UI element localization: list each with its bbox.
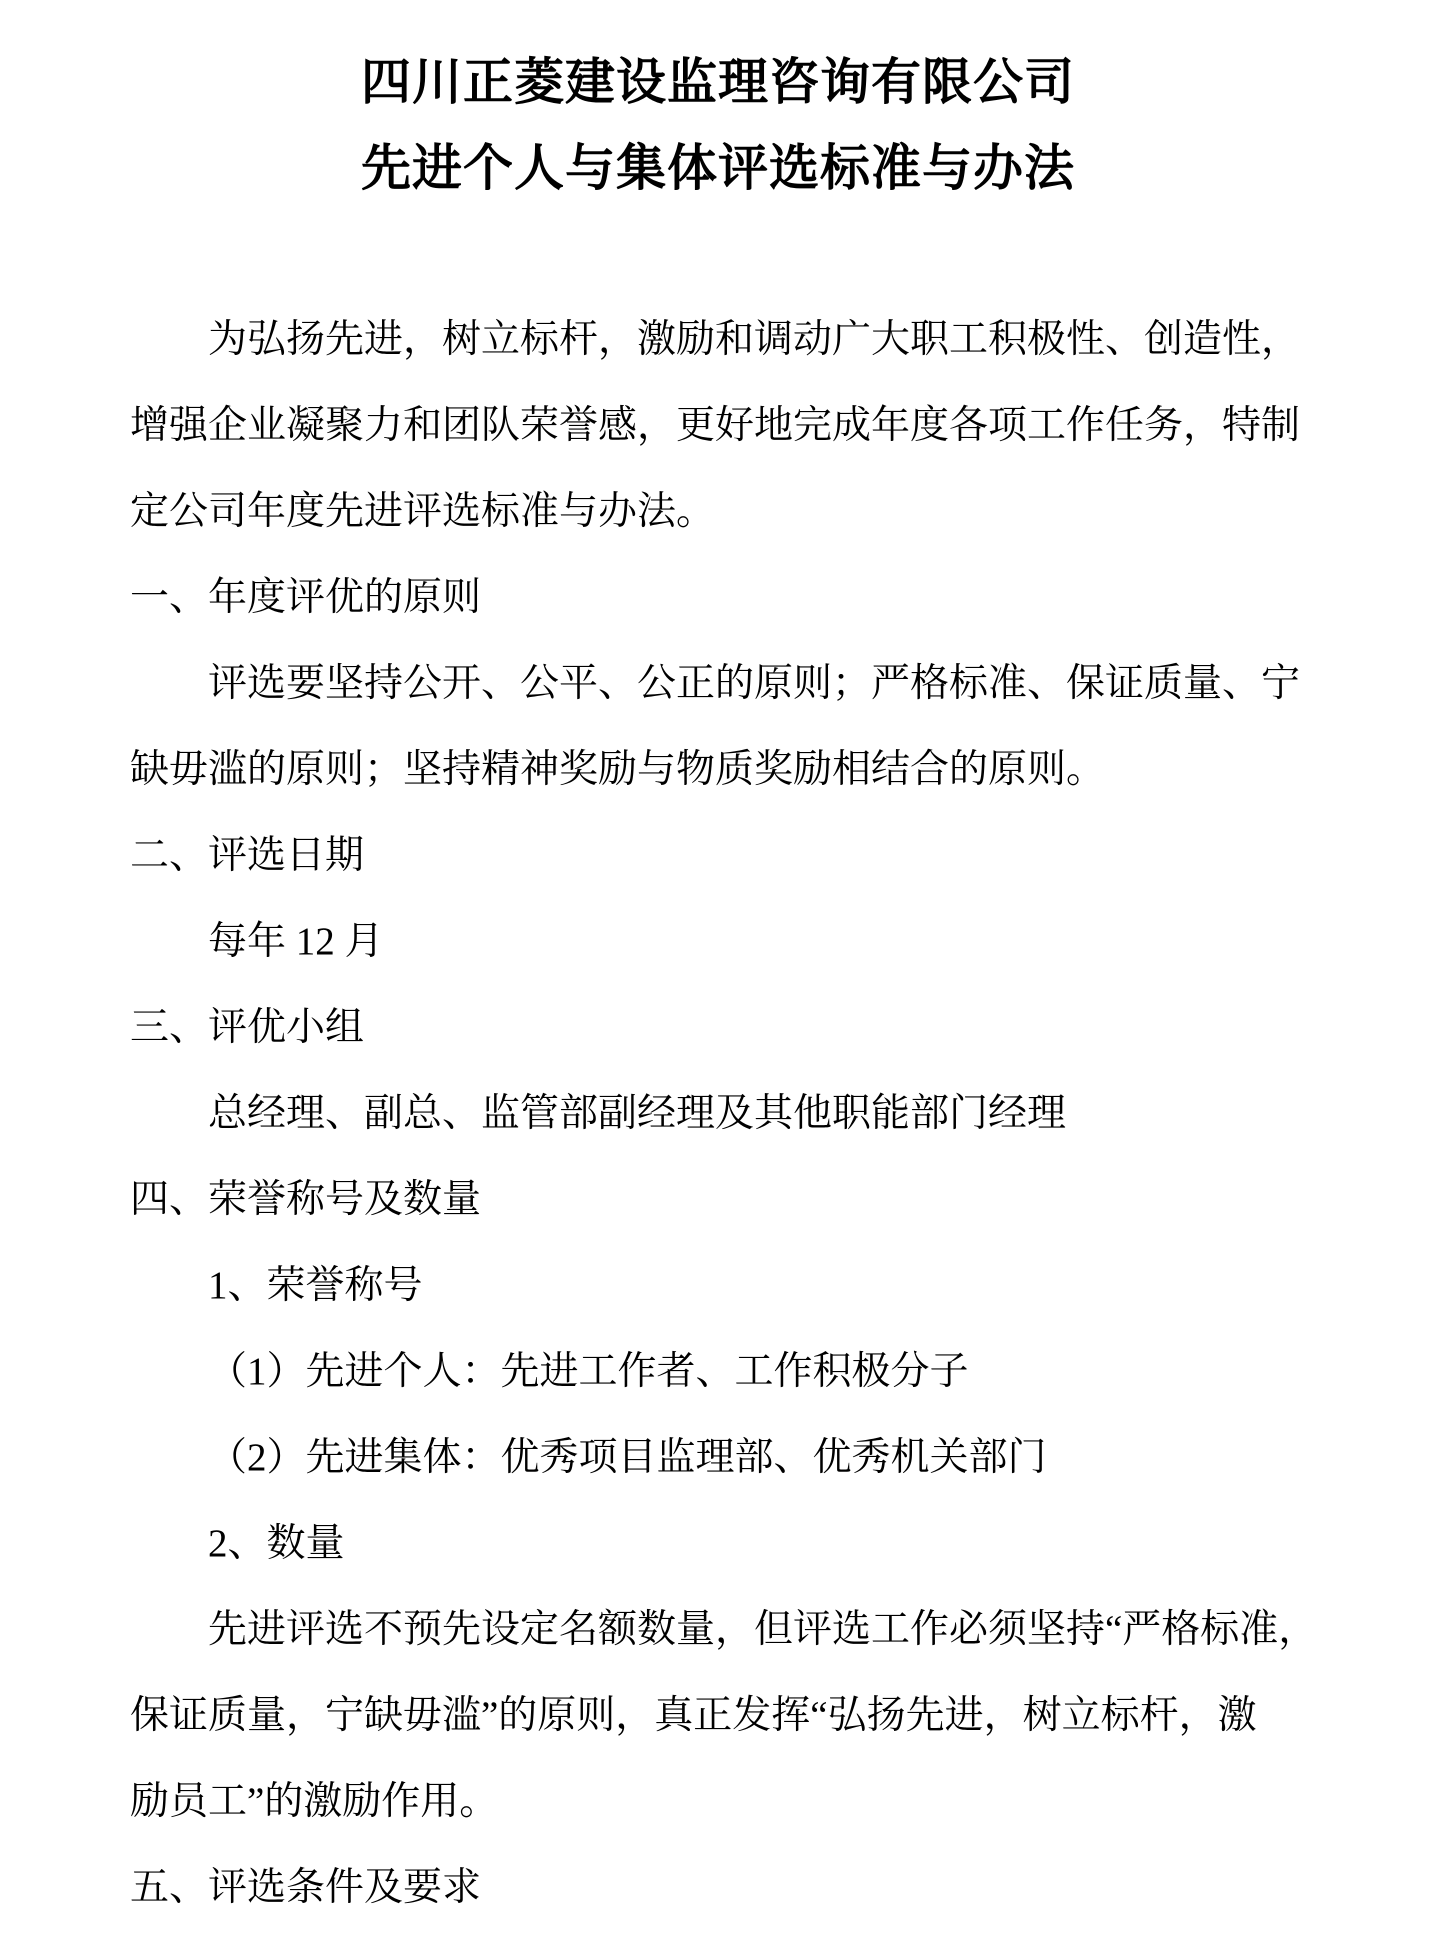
doc-line-18: 励员工”的激励作用。 (130, 1759, 1306, 1845)
doc-line-3: 定公司年度先进评选标准与办法。 (130, 469, 1306, 555)
blank-line (130, 211, 1306, 297)
doc-line-16: 先进评选不预先设定名额数量，但评选工作必须坚持“严格标准， (130, 1587, 1306, 1673)
doc-heading-3: 三、评优小组 (130, 985, 1306, 1071)
document-content: 四川正菱建设监理咨询有限公司 先进个人与集体评选标准与办法 为弘扬先进，树立标杆… (130, 39, 1306, 1931)
doc-line-6: 缺毋滥的原则；坚持精神奖励与物质奖励相结合的原则。 (130, 727, 1306, 813)
doc-heading-2: 二、评选日期 (130, 813, 1306, 899)
doc-line-2: 增强企业凝聚力和团队荣誉感，更好地完成年度各项工作任务，特制 (130, 383, 1306, 469)
doc-line-5: 评选要坚持公开、公平、公正的原则；严格标准、保证质量、宁 (130, 641, 1306, 727)
doc-line-13: （1）先进个人：先进工作者、工作积极分子 (130, 1329, 1306, 1415)
doc-line-12: 1、荣誉称号 (130, 1243, 1306, 1329)
doc-heading-4: 四、荣誉称号及数量 (130, 1157, 1306, 1243)
doc-line-15: 2、数量 (130, 1501, 1306, 1587)
doc-line-10: 总经理、副总、监管部副经理及其他职能部门经理 (130, 1071, 1306, 1157)
doc-line-1: 为弘扬先进，树立标杆，激励和调动广大职工积极性、创造性， (130, 297, 1306, 383)
document-page: 四川正菱建设监理咨询有限公司 先进个人与集体评选标准与办法 为弘扬先进，树立标杆… (0, 0, 1440, 1941)
doc-heading-1: 一、年度评优的原则 (130, 555, 1306, 641)
doc-heading-5: 五、评选条件及要求 (130, 1845, 1306, 1931)
doc-line-14: （2）先进集体：优秀项目监理部、优秀机关部门 (130, 1415, 1306, 1501)
doc-line-8: 每年 12 月 (130, 899, 1306, 985)
doc-title-line-2: 先进个人与集体评选标准与办法 (130, 125, 1306, 211)
doc-line-17: 保证质量，宁缺毋滥”的原则，真正发挥“弘扬先进，树立标杆，激 (130, 1673, 1306, 1759)
doc-title-line-1: 四川正菱建设监理咨询有限公司 (130, 39, 1306, 125)
